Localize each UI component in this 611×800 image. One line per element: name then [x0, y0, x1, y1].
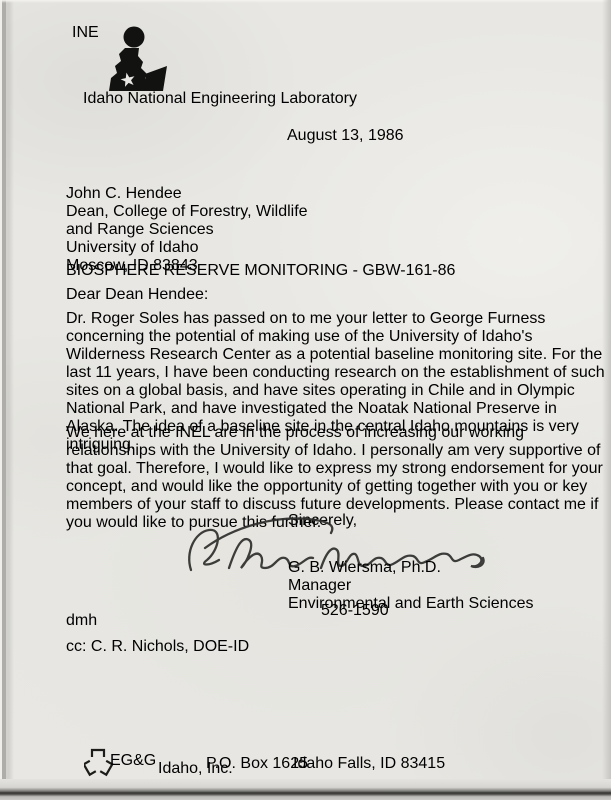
signer-name: G. B. Wiersma, Ph.D.	[288, 559, 533, 577]
salutation: Dear Dean Hendee:	[66, 286, 208, 304]
scanned-letter-page: INE Idaho National Engineering Laborator…	[0, 0, 611, 800]
handwritten-phone-number: 526-1590	[321, 602, 389, 620]
inel-logo: INE	[72, 24, 173, 96]
scan-speck	[329, 152, 331, 154]
cc-line: cc: C. R. Nichols, DOE-ID	[66, 638, 249, 656]
recipient-org: University of Idaho	[66, 239, 308, 257]
footer-location: Idaho Falls, ID 83415	[293, 755, 445, 773]
idaho-state-star-icon	[95, 24, 173, 96]
recipient-title-line: Dean, College of Forestry, Wildlife	[66, 203, 308, 221]
scan-speck	[14, 4, 17, 7]
typist-initials: dmh	[66, 612, 97, 630]
recipient-title-line: and Range Sciences	[66, 221, 308, 239]
letter-date: August 13, 1986	[287, 127, 404, 145]
letterhead-tagline: Idaho National Engineering Laboratory	[83, 90, 357, 108]
scan-edge-bottom	[0, 779, 611, 800]
signer-title: Manager	[288, 577, 533, 595]
recipient-name: John C. Hendee	[66, 185, 308, 203]
scan-edge-left	[0, 0, 14, 800]
scan-edge-top	[0, 0, 611, 3]
subject-line: BIOSPHERE RESERVE MONITORING - GBW-161-8…	[66, 262, 455, 280]
footer-company-name: EG&G	[110, 752, 156, 770]
